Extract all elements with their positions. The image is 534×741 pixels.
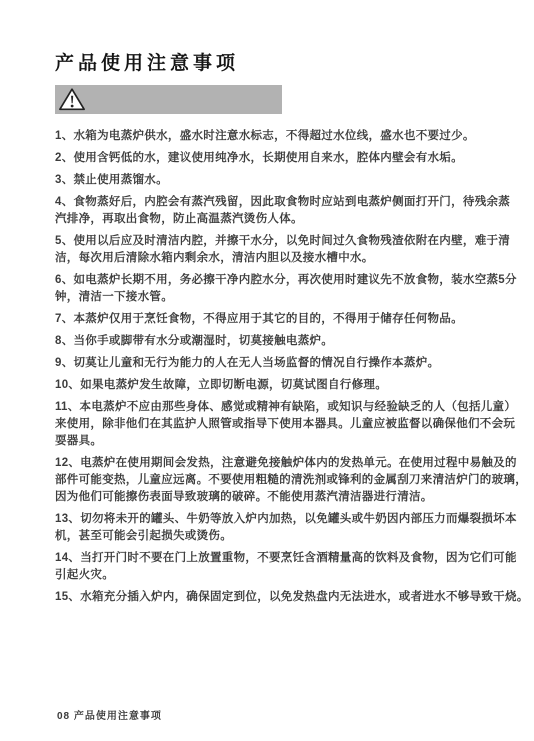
page-title: 产品使用注意事项 [55, 48, 239, 75]
note-item-4: 4、食物蒸好后，内腔会有蒸汽残留，因此取食物时应站到电蒸炉侧面打开门，待残余蒸 … [55, 194, 533, 228]
note-item-9: 9、切莫让儿童和无行为能力的人在无人当场监督的情况自行操作本蒸炉。 [55, 355, 533, 372]
note-item-10: 10、如果电蒸炉发生故障，立即切断电源，切莫试图自行修理。 [55, 377, 533, 394]
warning-triangle-icon [58, 87, 86, 112]
notes-list: 1、水箱为电蒸炉供水，盛水时注意水标志，不得超过水位线，盛水也不要过少。 2、使… [55, 128, 533, 611]
note-item-7: 7、本蒸炉仅用于烹饪食物，不得应用于其它的目的，不得用于储存任何物品。 [55, 311, 533, 328]
note-item-12: 12、电蒸炉在使用期间会发热，注意避免接触炉体内的发热单元。在使用过程中易触及的… [55, 455, 533, 506]
note-item-2: 2、使用含钙低的水，建议使用纯净水，长期使用自来水，腔体内壁会有水垢。 [55, 150, 533, 167]
note-item-13: 13、切勿将未开的罐头、牛奶等放入炉内加热，以免罐头或牛奶因内部压力而爆裂损坏本… [55, 511, 533, 545]
page-footer: 08 产品使用注意事项 [57, 707, 162, 722]
note-item-14: 14、当打开门时不要在门上放置重物，不要烹饪含酒精量高的饮料及食物，因为它们可能… [55, 550, 533, 584]
warning-banner [55, 85, 282, 114]
note-item-15: 15、水箱充分插入炉内，确保固定到位，以免发热盘内无法进水，或者进水不够导致干烧… [55, 589, 533, 606]
note-item-11: 11、本电蒸炉不应由那些身体、感觉或精神有缺陷，或知识与经验缺乏的人（包括儿童）… [55, 399, 533, 450]
note-item-5: 5、使用以后应及时清洁内腔，并擦干水分，以免时间过久食物残渣依附在内壁，难于清 … [55, 233, 533, 267]
note-item-3: 3、禁止使用蒸馏水。 [55, 172, 533, 189]
note-item-1: 1、水箱为电蒸炉供水，盛水时注意水标志，不得超过水位线，盛水也不要过少。 [55, 128, 533, 145]
note-item-6: 6、如电蒸炉长期不用，务必擦干净内腔水分，再次使用时建议先不放食物，装水空蒸5分… [55, 272, 533, 306]
manual-page: { "header": { "title": "产品使用注意事项" }, "wa… [0, 0, 534, 741]
note-item-8: 8、当你手或脚带有水分或潮湿时，切莫接触电蒸炉。 [55, 333, 533, 350]
